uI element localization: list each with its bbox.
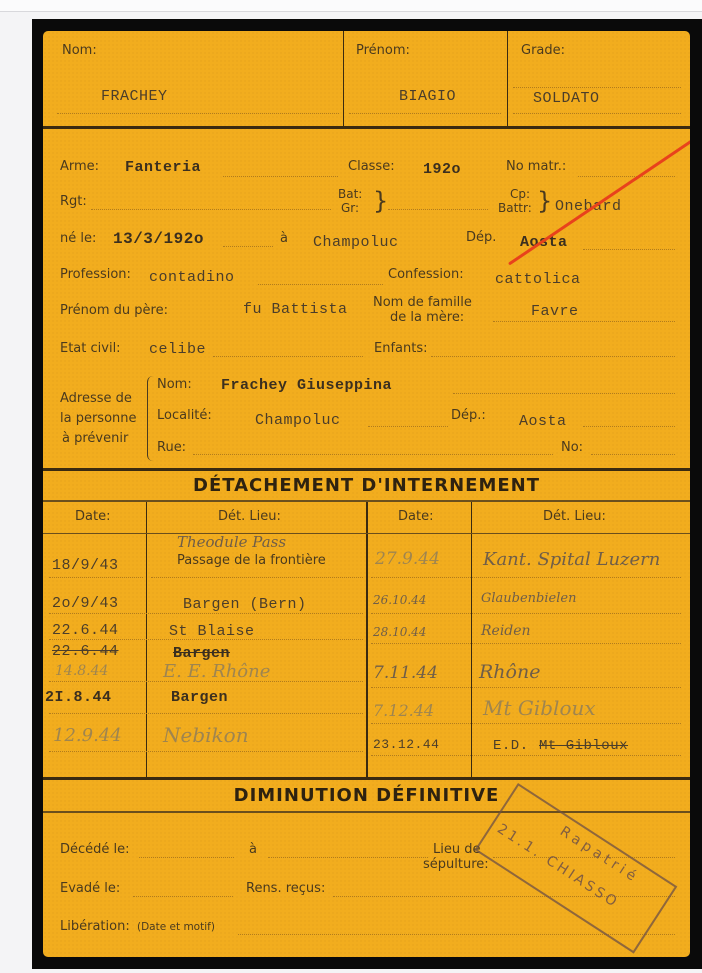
decede-a-label: à	[249, 842, 257, 857]
right-row-dots	[371, 613, 681, 614]
right-row-5-place: Mt Gibloux	[539, 738, 628, 754]
rue-label: Rue:	[157, 440, 186, 455]
nom-mere-label-2: de la mère:	[390, 310, 464, 325]
repatrie-stamp: Rapatrié 21.1. CHIASSO	[474, 783, 677, 954]
contact-nom-label: Nom:	[157, 377, 192, 392]
confession-value: cattolica	[495, 271, 581, 288]
prenom-value: BIAGIO	[399, 88, 456, 105]
liberation-label: Libération:	[60, 919, 130, 934]
classe-label: Classe:	[348, 159, 395, 174]
right-row-dots	[371, 577, 681, 578]
left-row-3-date: 22.6.44	[52, 643, 119, 660]
nom-label: Nom:	[62, 43, 97, 58]
header-divider-1	[343, 31, 344, 126]
right-row-5-prefix: E.D.	[493, 738, 529, 754]
right-row-0-place: Kant. Spital Luzern	[483, 549, 660, 570]
no-matr-label: No matr.:	[506, 159, 566, 174]
contact-group-label-2: la personne	[60, 411, 137, 426]
evade-dotted-line	[133, 896, 233, 897]
left-row-4-date: 14.8.44	[55, 663, 108, 679]
ne-le-dotted-line	[223, 246, 273, 247]
left-row-1-place: Bargen (Bern)	[183, 596, 307, 613]
left-row-2-place: St Blaise	[169, 623, 255, 640]
left-row-0-date: 18/9/43	[52, 557, 119, 574]
dep-label: Dép.	[466, 230, 496, 245]
grade-label: Grade:	[521, 43, 565, 58]
rgt-dotted-line	[91, 209, 331, 210]
col-header-separator	[43, 533, 690, 534]
header-divider-2	[507, 31, 508, 126]
classe-value: 192o	[423, 161, 461, 178]
bat-dotted-line	[388, 209, 488, 210]
diminution-top-separator	[43, 777, 690, 780]
lieu-label-2: sépulture:	[423, 857, 489, 872]
right-row-1-place: Glaubenbielen	[481, 591, 576, 606]
arme-value: Fanteria	[125, 159, 201, 176]
right-row-3-place: Rhône	[479, 661, 540, 683]
right-row-5-date: 23.12.44	[373, 737, 439, 752]
decede-dotted-line	[139, 857, 234, 858]
contact-brace	[147, 376, 155, 461]
right-row-dots	[371, 755, 681, 756]
profession-dotted-line	[258, 284, 383, 285]
no-label: No:	[561, 440, 583, 455]
decede-label: Décédé le:	[60, 842, 130, 857]
a-label: à	[280, 231, 288, 246]
right-row-dots	[371, 687, 681, 688]
etat-civil-dotted-line	[213, 356, 363, 357]
contact-dep-value: Aosta	[519, 413, 567, 430]
left-row-dots	[49, 613, 363, 614]
left-row-2-date: 22.6.44	[52, 622, 119, 639]
confession-label: Confession:	[388, 267, 464, 282]
rue-dotted-line	[193, 454, 553, 455]
contact-dep-label: Dép.:	[451, 408, 486, 423]
dep-dotted-line	[583, 249, 675, 250]
grade-dotted-line	[513, 113, 681, 114]
passage-handwritten: Theodule Pass	[177, 533, 286, 551]
bat-label: Bat:	[338, 187, 362, 201]
left-row-dots	[49, 639, 363, 640]
prenom-dotted-line	[349, 113, 501, 114]
etat-civil-value: celibe	[149, 341, 206, 358]
grade-dotted-line-top	[513, 87, 681, 88]
right-row-3-date: 7.11.44	[373, 663, 438, 683]
contact-group-label-1: Adresse de	[60, 391, 132, 406]
col-header-lieu-right: Dét. Lieu:	[543, 509, 606, 524]
enfants-label: Enfants:	[374, 341, 428, 356]
profession-value: contadino	[149, 269, 235, 286]
liberation-hint: (Date et motif)	[137, 921, 215, 933]
left-row-dots	[49, 751, 363, 752]
birthplace-value: Champoluc	[313, 234, 399, 251]
nom-mere-dotted-line	[493, 321, 675, 322]
prenom-label: Prénom:	[356, 43, 410, 58]
gr-label: Gr:	[341, 201, 359, 215]
right-row-4-place: Mt Gibloux	[483, 696, 596, 720]
right-row-4-date: 7.12.44	[373, 701, 434, 720]
right-row-2-date: 28.10.44	[373, 625, 426, 639]
cp-brace: }	[537, 187, 552, 215]
col-header-lieu-left: Dét. Lieu:	[218, 509, 281, 524]
grade-value: SOLDATO	[533, 90, 600, 107]
window-top-bar	[0, 0, 702, 12]
profession-label: Profession:	[60, 267, 131, 282]
left-row-4-place: E. E. Rhône	[163, 661, 270, 682]
contact-nom-value: Frachey Giuseppina	[221, 377, 392, 394]
nom-value: FRACHEY	[101, 88, 168, 105]
header-separator	[43, 126, 690, 129]
etat-civil-label: Etat civil:	[60, 341, 121, 356]
no-dotted-line	[591, 454, 675, 455]
bat-brace: }	[373, 187, 388, 215]
arme-label: Arme:	[60, 159, 99, 174]
battr-label: Battr:	[498, 201, 532, 215]
ne-le-label: né le:	[60, 231, 96, 246]
contact-nom-dotted-line	[453, 393, 675, 394]
right-row-dots	[371, 643, 681, 644]
col-divider-3	[471, 502, 472, 777]
col-divider-center	[366, 502, 368, 777]
nom-mere-value: Favre	[531, 303, 579, 320]
col-header-date-left: Date:	[75, 509, 110, 524]
rgt-label: Rgt:	[60, 194, 87, 209]
right-row-0-date: 27.9.44	[375, 549, 440, 569]
ne-le-value: 13/3/192o	[113, 230, 204, 248]
detachement-title: DÉTACHEMENT D'INTERNEMENT	[43, 475, 690, 496]
contact-group-label-3: à prévenir	[62, 431, 128, 446]
left-row-1-date: 2o/9/43	[52, 595, 119, 612]
diminution-title: DIMINUTION DÉFINITIVE	[43, 785, 690, 806]
evade-label: Evadé le:	[60, 881, 120, 896]
passage-label: Passage de la frontière	[177, 553, 326, 568]
prenom-pere-label: Prénom du père:	[60, 303, 168, 318]
localite-dotted-line	[368, 426, 448, 427]
left-row-dots	[49, 681, 363, 682]
rens-label: Rens. reçus:	[246, 881, 325, 896]
arme-dotted-line	[223, 176, 338, 177]
contact-dep-dotted-line	[583, 426, 675, 427]
no-matr-dotted-line	[578, 176, 675, 177]
enfants-dotted-line	[431, 356, 675, 357]
nom-mere-label-1: Nom de famille	[373, 295, 472, 310]
localite-value: Champoluc	[255, 412, 341, 429]
left-row-6-place: Nebikon	[163, 723, 249, 747]
prenom-pere-value: fu Battista	[243, 301, 348, 318]
nom-dotted-line	[57, 113, 339, 114]
left-row-6-date: 12.9.44	[53, 725, 122, 746]
localite-label: Localité:	[157, 408, 212, 423]
decede-a-dotted-line	[268, 857, 428, 858]
right-row-1-date: 26.10.44	[373, 593, 426, 607]
right-row-2-place: Reiden	[481, 623, 531, 639]
right-row-dots	[371, 723, 681, 724]
left-row-5-date: 2I.8.44	[45, 689, 112, 706]
detachement-top-separator	[43, 468, 690, 471]
red-pencil-mark	[508, 126, 690, 265]
internment-record-card: Nom: FRACHEY Prénom: BIAGIO Grade: SOLDA…	[43, 31, 690, 957]
left-row-dots	[49, 577, 143, 578]
left-row-5-place: Bargen	[171, 689, 228, 706]
cp-label: Cp:	[510, 187, 530, 201]
left-row-3-place: Bargen	[173, 645, 230, 662]
left-row-dots	[151, 577, 363, 578]
col-header-date-right: Date:	[398, 509, 433, 524]
diminution-title-separator	[43, 811, 690, 813]
left-row-dots	[49, 713, 363, 714]
